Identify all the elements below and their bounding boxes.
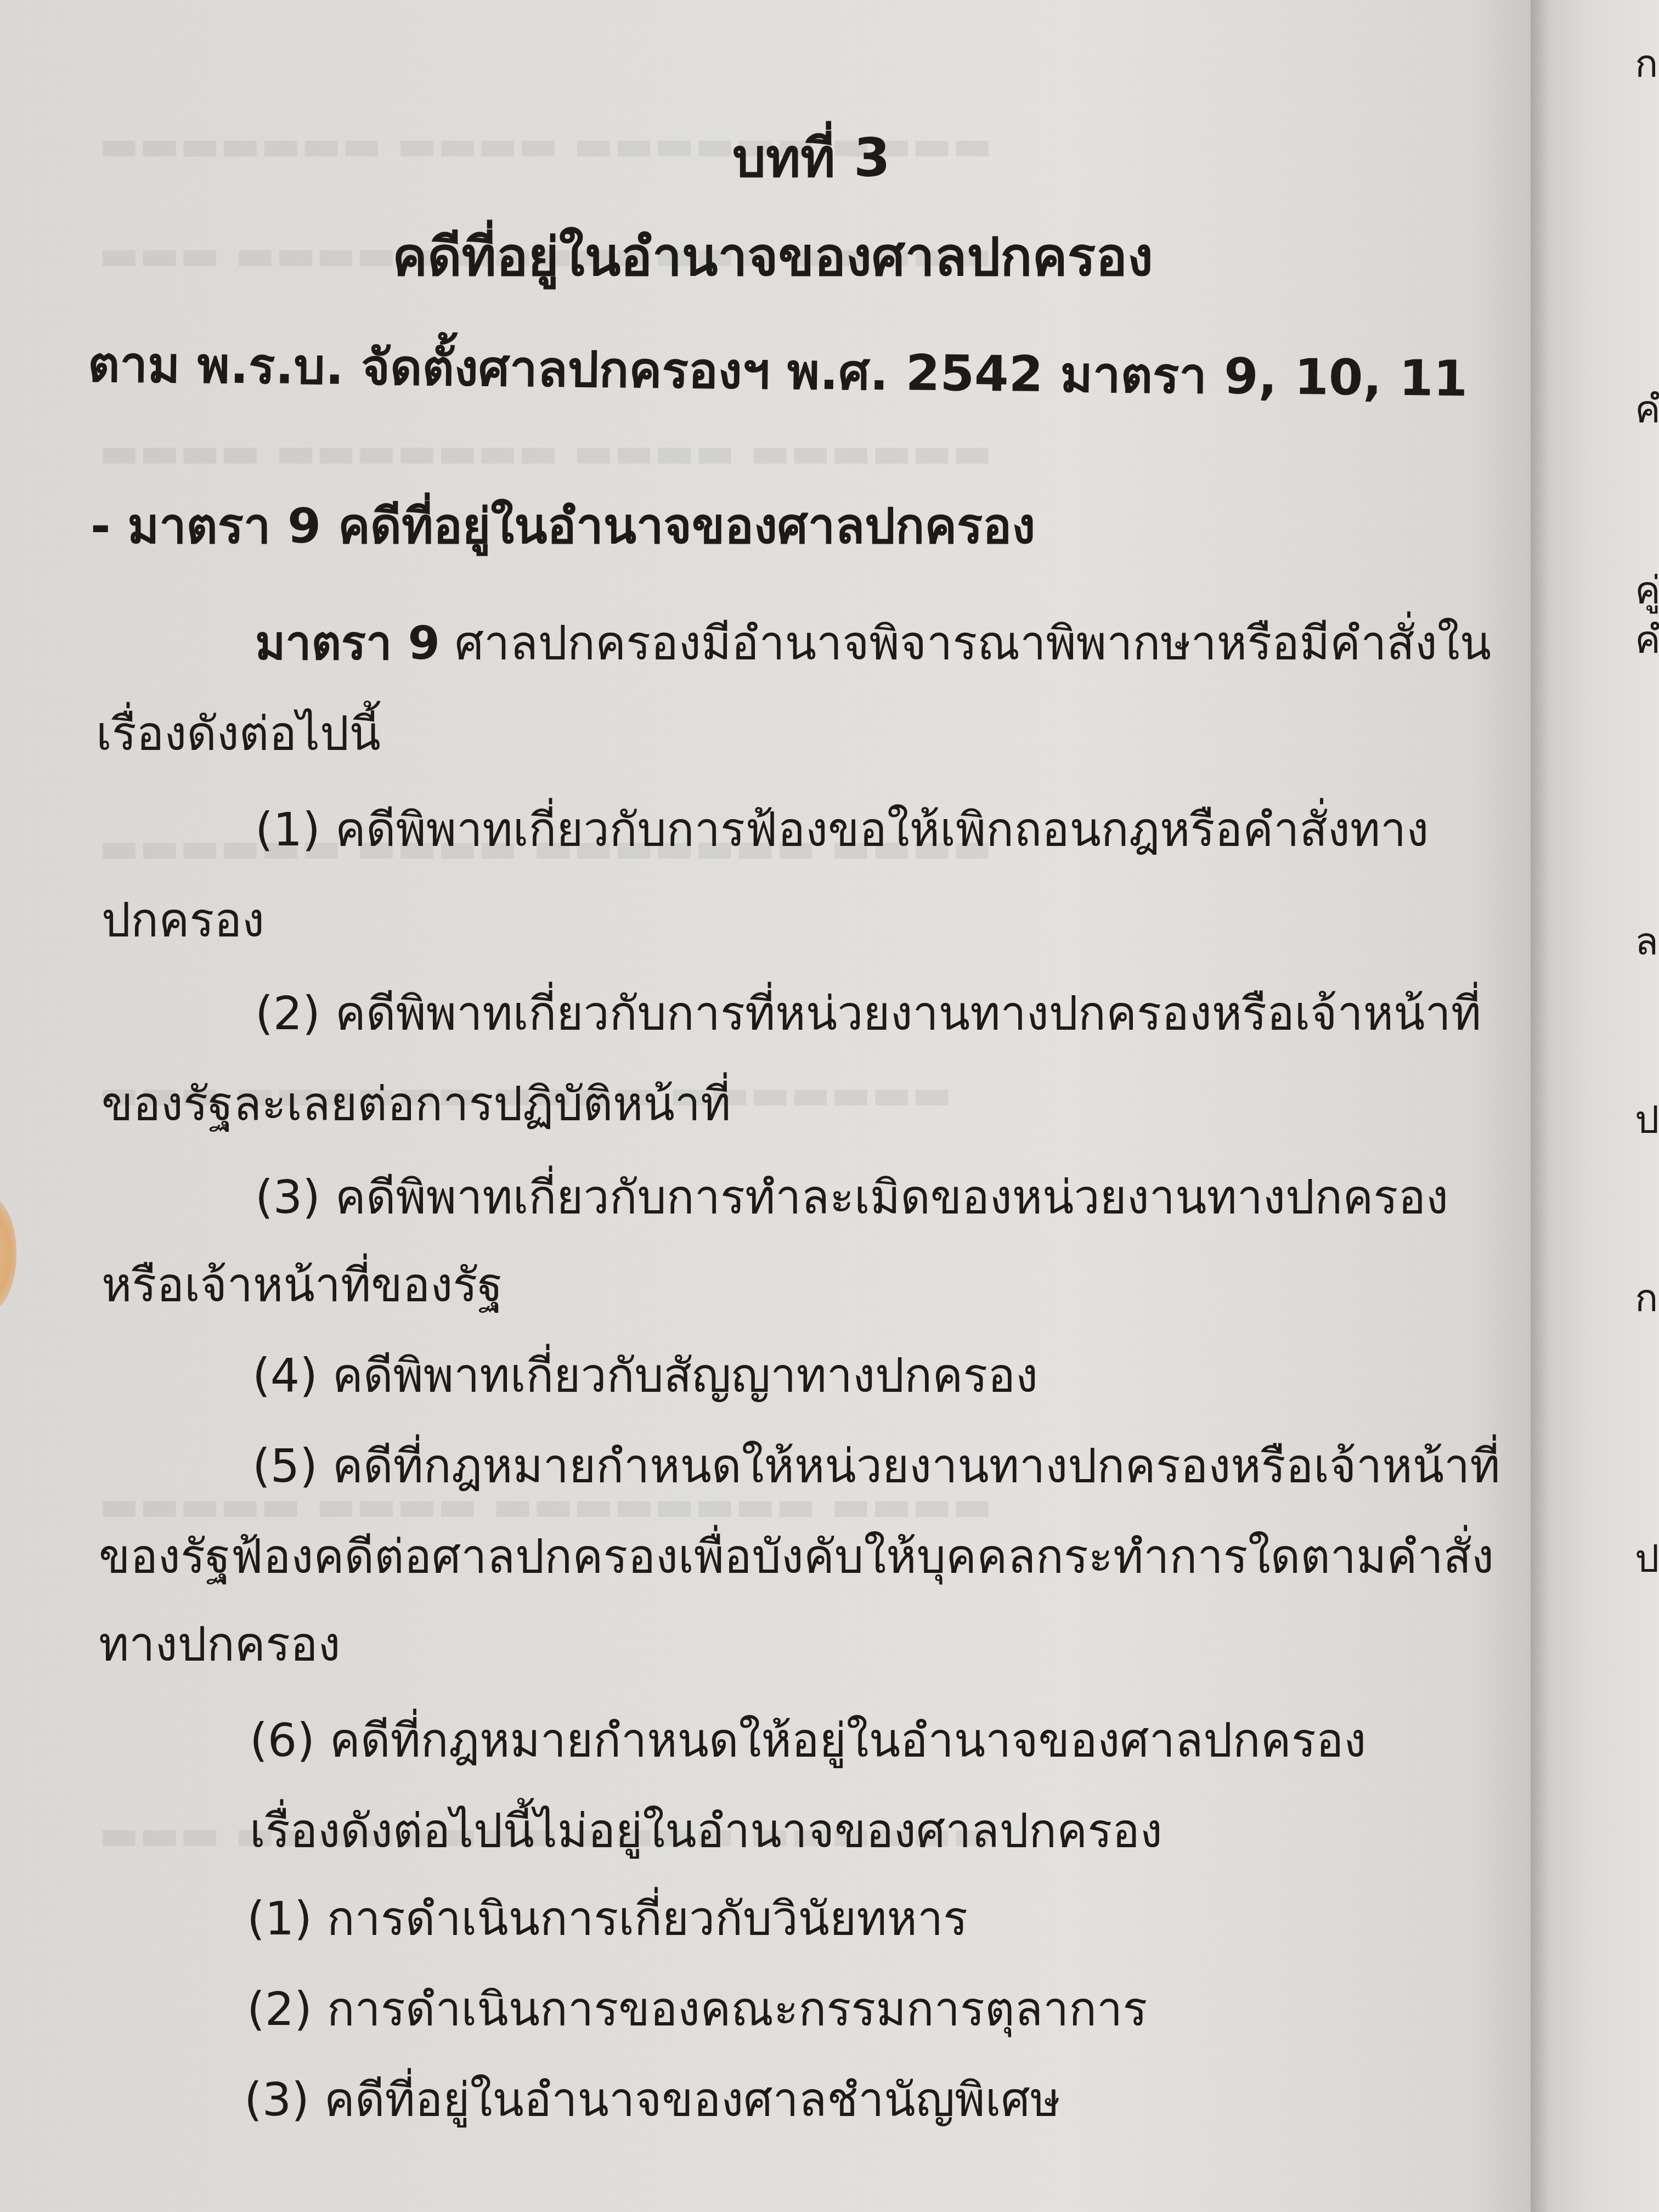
item-5-line3: ทางปกครอง xyxy=(99,1621,341,1667)
item-3-line2: หรือเจ้าหน้าที่ของรัฐ xyxy=(101,1262,503,1308)
chapter-title: คดีที่อยู่ในอำนาจของศาลปกครอง xyxy=(392,230,1153,283)
item-1-line1: (1) คดีพิพาทเกี่ยวกับการฟ้องขอให้เพิกถอน… xyxy=(255,806,1429,853)
item-1-line2: ปกครอง xyxy=(101,897,264,943)
adjacent-page-fragment: ก xyxy=(1635,33,1658,94)
adjacent-page-fragment: ป xyxy=(1635,1528,1659,1589)
section9-intro-line2: เรื่องดังต่อไปนี้ xyxy=(96,710,381,757)
exclusion-3: (3) คดีที่อยู่ในอำนาจของศาลชำนัญพิเศษ xyxy=(244,2076,1060,2123)
item-5-line1: (5) คดีที่กฎหมายกำหนดให้หน่วยงานทางปกครอ… xyxy=(252,1443,1500,1489)
item-2-line2: ของรัฐละเลยต่อการปฏิบัติหน้าที่ xyxy=(101,1081,731,1127)
book-page: ▬▬▬▬ ▬▬▬▬▬▬ ▬▬▬▬ ▬▬▬▬▬▬▬ ▬▬▬▬▬ ▬▬▬▬▬▬▬▬ … xyxy=(0,0,1531,2212)
item-6-line1: (6) คดีที่กฎหมายกำหนดให้อยู่ในอำนาจของศา… xyxy=(250,1717,1366,1763)
exclusion-2: (2) การดำเนินการของคณะกรรมการตุลาการ xyxy=(247,1986,1147,2032)
section-heading: - มาตรา 9 คดีที่อยู่ในอำนาจของศาลปกครอง xyxy=(91,502,1035,550)
adjacent-page-fragment: ป xyxy=(1635,1089,1659,1150)
exclusion-1: (1) การดำเนินการเกี่ยวกับวินัยทหาร xyxy=(247,1895,968,1942)
exclusions-heading: เรื่องดังต่อไปนี้ไม่อยู่ในอำนาจของศาลปกค… xyxy=(250,1808,1163,1854)
item-3-line1: (3) คดีพิพาทเกี่ยวกับการทำละเมิดของหน่วย… xyxy=(255,1174,1448,1220)
item-5-line2: ของรัฐฟ้องคดีต่อศาลปกครองเพื่อบังคับให้บ… xyxy=(99,1533,1494,1579)
chapter-subtitle: ตาม พ.ร.บ. จัดตั้งศาลปกครองฯ พ.ศ. 2542 ม… xyxy=(88,340,1468,404)
show-through-text: ▬▬▬▬▬▬ ▬▬▬▬ ▬▬▬▬▬▬▬ ▬▬▬▬ xyxy=(99,428,992,477)
adjacent-page-fragment: ก xyxy=(1635,1267,1658,1328)
finger xyxy=(0,1196,16,1311)
section-label: มาตรา 9 xyxy=(255,616,440,670)
chapter-heading: บทที่ 3 xyxy=(732,132,890,184)
section9-intro-line1: มาตรา 9 ศาลปกครองมีอำนาจพิจารณาพิพากษาหร… xyxy=(255,620,1491,666)
item-2-line1: (2) คดีพิพาทเกี่ยวกับการที่หน่วยงานทางปก… xyxy=(255,990,1481,1036)
section-text: ศาลปกครองมีอำนาจพิจารณาพิพากษาหรือมีคำสั… xyxy=(440,616,1491,670)
adjacent-page-fragment: คำ xyxy=(1635,609,1659,670)
adjacent-page-fragment: คำ xyxy=(1635,379,1659,439)
item-4-line1: (4) คดีพิพาทเกี่ยวกับสัญญาทางปกครอง xyxy=(252,1352,1038,1398)
adjacent-page-fragment: ล xyxy=(1635,911,1658,972)
